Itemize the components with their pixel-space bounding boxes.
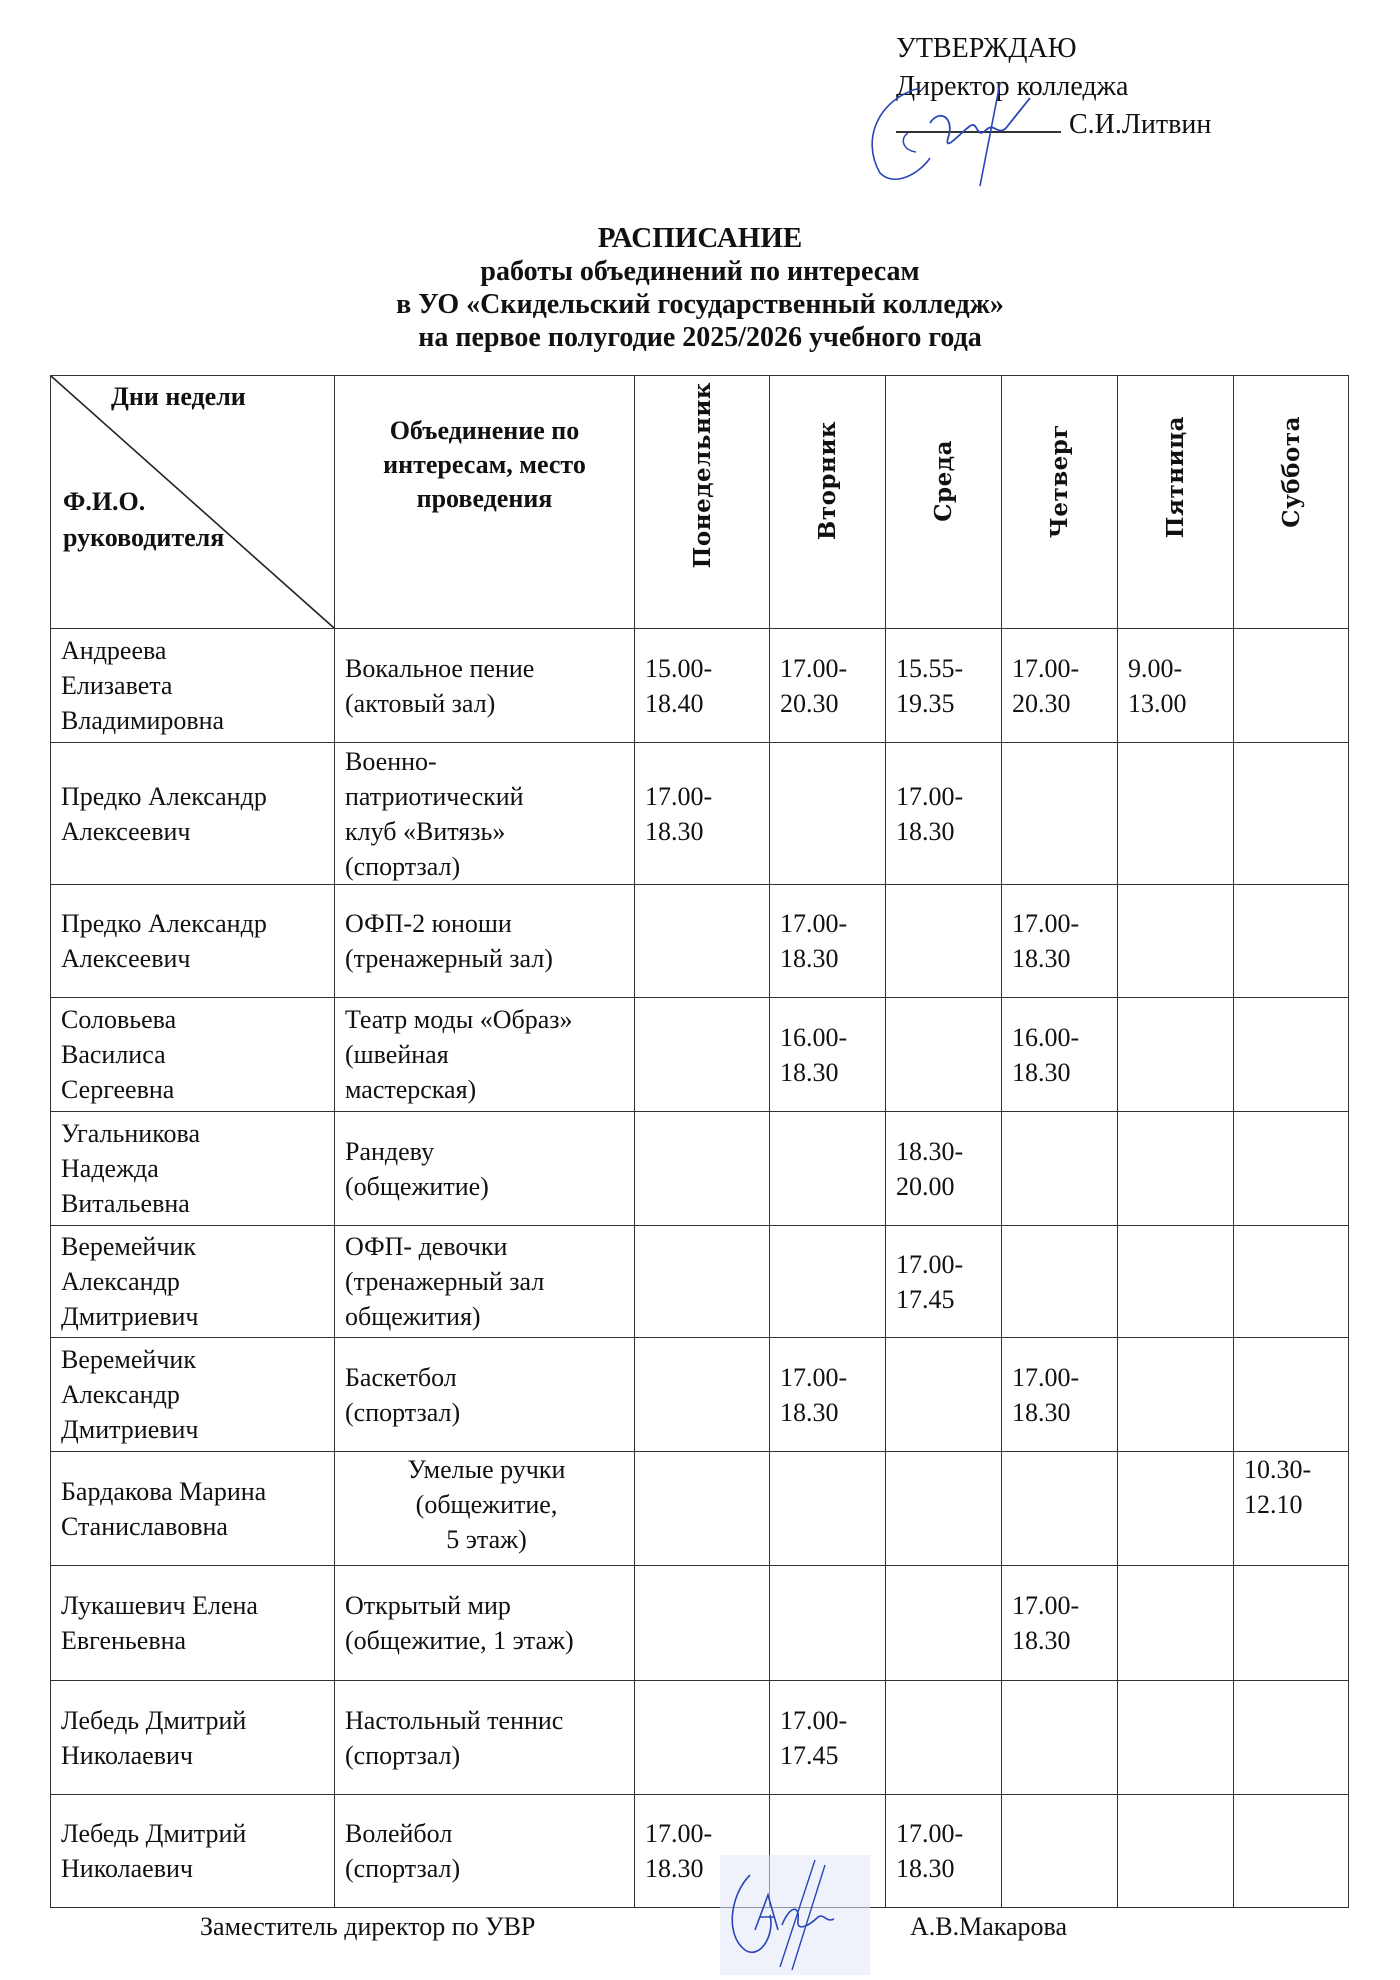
time-line: 18.30 [896,1854,955,1883]
leader-name-line: Лебедь Дмитрий [61,1706,246,1735]
time-line: 9.00- [1128,654,1182,683]
association-cell: Рандеву(общежитие) [335,1112,635,1226]
time-cell-friday [1118,1681,1234,1795]
time-line: 17.00- [1012,654,1079,683]
time-line: 18.30 [645,1854,704,1883]
association-header-line-2: интересам, место [383,450,586,479]
time-line: 20.30 [780,689,839,718]
time-line: 12.10 [1244,1490,1303,1519]
approval-name: С.И.Литвин [1069,109,1211,140]
association-cell: Открытый мир(общежитие, 1 этаж) [335,1566,635,1681]
association-cell: Баскетбол(спортзал) [335,1338,635,1452]
time-line: 17.00- [1012,1363,1079,1392]
day-header-monday: Понедельник [635,376,770,629]
time-cell-tuesday [770,1452,886,1566]
leader-name-cell: ВеремейчикАлександрДмитриевич [51,1338,335,1452]
time-cell-friday [1118,1566,1234,1681]
signature-line [896,107,1061,133]
time-cell-thursday [1002,743,1118,885]
time-cell-monday [635,1112,770,1226]
time-line: 18.30 [896,817,955,846]
time-cell-thursday: 17.00-18.30 [1002,1338,1118,1452]
association-header-line-3: проведения [417,484,553,513]
association-line: (спортзал) [345,1741,460,1770]
time-cell-thursday: 17.00-18.30 [1002,1566,1118,1681]
time-line: 18.30 [645,817,704,846]
association-line: Театр моды «Образ» [345,1005,573,1034]
association-line: общежития) [345,1302,481,1331]
association-line: (актовый зал) [345,689,495,718]
time-cell-wednesday: 17.00-18.30 [886,1795,1002,1908]
association-line: (общежитие, 1 этаж) [345,1626,574,1655]
time-line: 17.00- [896,1819,963,1848]
time-line: 18.30 [780,1058,839,1087]
association-cell: Настольный теннис(спортзал) [335,1681,635,1795]
association-header: Объединение по интересам, место проведен… [335,376,635,629]
association-line: (тренажерный зал [345,1267,544,1296]
time-line: 17.00- [645,782,712,811]
leader-name-line: Алексеевич [61,817,190,846]
leader-name-line: Надежда [61,1154,159,1183]
time-line: 17.00- [896,782,963,811]
leader-name-line: Соловьева [61,1005,176,1034]
time-cell-saturday [1234,1566,1349,1681]
day-header-saturday: Суббота [1234,376,1349,629]
leader-name-cell: Бардакова МаринаСтаниславовна [51,1452,335,1566]
time-cell-wednesday [886,1338,1002,1452]
table-row: Бардакова МаринаСтаниславовнаУмелые ручк… [51,1452,1349,1566]
time-cell-friday [1118,1112,1234,1226]
footer-position: Заместитель директор по УВР [200,1912,535,1942]
time-cell-friday [1118,1795,1234,1908]
time-cell-wednesday [886,1452,1002,1566]
leader-name-line: Александр [61,1380,180,1409]
time-cell-monday [635,1226,770,1338]
association-line: Настольный теннис [345,1706,563,1735]
time-line: 15.55- [896,654,963,683]
association-line: мастерская) [345,1075,476,1104]
time-cell-wednesday [886,885,1002,998]
time-cell-thursday: 17.00-18.30 [1002,885,1118,998]
leader-label-line-2: руководителя [63,523,224,552]
association-cell: Вокальное пение(актовый зал) [335,629,635,743]
leader-name-line: Николаевич [61,1854,193,1883]
association-line: Военно- [345,747,437,776]
time-cell-wednesday: 17.00-17.45 [886,1226,1002,1338]
leader-name-line: Витальевна [61,1189,190,1218]
time-cell-monday [635,1681,770,1795]
table-row: ВеремейчикАлександрДмитриевичБаскетбол(с… [51,1338,1349,1452]
leader-name-cell: Лебедь ДмитрийНиколаевич [51,1795,335,1908]
document-title: РАСПИСАНИЕ работы объединений по интерес… [0,222,1400,354]
association-line: (общежитие, [416,1490,558,1519]
day-label: Вторник [814,421,841,540]
association-cell: Волейбол(спортзал) [335,1795,635,1908]
association-line: (спортзал) [345,1854,460,1883]
leader-name-cell: УгальниковаНадеждаВитальевна [51,1112,335,1226]
time-cell-monday [635,1452,770,1566]
table-row: АндрееваЕлизаветаВладимировнаВокальное п… [51,629,1349,743]
association-line: (общежитие) [345,1172,489,1201]
day-header-tuesday: Вторник [770,376,886,629]
leader-name-line: Веремейчик [61,1232,196,1261]
time-cell-thursday: 17.00-20.30 [1002,629,1118,743]
time-line: 13.00 [1128,689,1187,718]
schedule-body: АндрееваЕлизаветаВладимировнаВокальное п… [51,629,1349,1908]
time-cell-monday [635,1338,770,1452]
time-cell-thursday: 16.00-18.30 [1002,998,1118,1112]
day-header-thursday: Четверг [1002,376,1118,629]
time-line: 17.00- [780,654,847,683]
leader-name-label: Ф.И.О. руководителя [63,484,224,556]
table-row: Лебедь ДмитрийНиколаевичВолейбол(спортза… [51,1795,1349,1908]
leader-name-line: Дмитриевич [61,1302,199,1331]
association-cell: Театр моды «Образ»(швейнаямастерская) [335,998,635,1112]
table-row: Предко АлександрАлексеевичВоенно-патриот… [51,743,1349,885]
time-line: 18.30 [780,944,839,973]
day-header-friday: Пятница [1118,376,1234,629]
time-cell-tuesday: 16.00-18.30 [770,998,886,1112]
leader-name-line: Николаевич [61,1741,193,1770]
time-cell-thursday [1002,1795,1118,1908]
days-of-week-label: Дни недели [111,382,246,412]
time-line: 17.45 [896,1285,955,1314]
association-line: Рандеву [345,1137,434,1166]
association-line: Вокальное пение [345,654,534,683]
association-line: Умелые ручки [408,1455,566,1484]
corner-header-cell: Дни недели Ф.И.О. руководителя [51,376,335,629]
table-row: Предко АлександрАлексеевичОФП-2 юноши(тр… [51,885,1349,998]
time-cell-monday [635,1566,770,1681]
time-line: 16.00- [1012,1023,1079,1052]
time-cell-saturday: 10.30-12.10 [1234,1452,1349,1566]
time-cell-tuesday [770,743,886,885]
time-line: 17.00- [780,909,847,938]
title-line-3: в УО «Скидельский государственный коллед… [0,288,1400,321]
deputy-signature-icon [720,1855,870,1975]
leader-name-line: Веремейчик [61,1345,196,1374]
time-line: 18.30 [780,1398,839,1427]
leader-name-line: Предко Александр [61,909,267,938]
time-cell-friday [1118,743,1234,885]
time-cell-tuesday: 17.00-17.45 [770,1681,886,1795]
title-line-4: на первое полугодие 2025/2026 учебного г… [0,321,1400,354]
association-line: (швейная [345,1040,449,1069]
time-cell-saturday [1234,1795,1349,1908]
time-cell-tuesday: 17.00-18.30 [770,885,886,998]
leader-name-cell: Лукашевич ЕленаЕвгеньевна [51,1566,335,1681]
time-cell-wednesday [886,998,1002,1112]
association-cell: Умелые ручки(общежитие,5 этаж) [335,1452,635,1566]
table-row: Лебедь ДмитрийНиколаевичНастольный тенни… [51,1681,1349,1795]
leader-name-line: Александр [61,1267,180,1296]
association-line: Волейбол [345,1819,452,1848]
leader-name-cell: ВеремейчикАлександрДмитриевич [51,1226,335,1338]
footer-name: А.В.Макарова [910,1912,1067,1942]
time-cell-monday: 17.00-18.30 [635,743,770,885]
time-cell-tuesday [770,1226,886,1338]
time-line: 18.40 [645,689,704,718]
time-line: 16.00- [780,1023,847,1052]
time-cell-wednesday [886,1566,1002,1681]
time-line: 18.30 [1012,1398,1071,1427]
time-cell-tuesday [770,1112,886,1226]
time-line: 20.30 [1012,689,1071,718]
time-cell-thursday [1002,1226,1118,1338]
leader-name-line: Бардакова Марина [61,1477,266,1506]
time-cell-friday [1118,1452,1234,1566]
time-cell-wednesday: 15.55-19.35 [886,629,1002,743]
time-cell-monday [635,885,770,998]
leader-name-line: Сергеевна [61,1075,174,1104]
time-cell-monday [635,998,770,1112]
time-cell-tuesday: 17.00-18.30 [770,1338,886,1452]
time-cell-saturday [1234,998,1349,1112]
time-cell-saturday [1234,1112,1349,1226]
leader-name-cell: СоловьеваВасилисаСергеевна [51,998,335,1112]
approval-position: Директор колледжа [896,68,1211,106]
leader-name-cell: Лебедь ДмитрийНиколаевич [51,1681,335,1795]
leader-name-line: Василиса [61,1040,166,1069]
schedule-table: Дни недели Ф.И.О. руководителя Объединен… [50,375,1349,1908]
leader-name-line: Предко Александр [61,782,267,811]
title-line-1: РАСПИСАНИЕ [0,222,1400,255]
day-header-wednesday: Среда [886,376,1002,629]
time-cell-friday [1118,1338,1234,1452]
time-cell-saturday [1234,1338,1349,1452]
leader-name-line: Станиславовна [61,1512,228,1541]
day-label: Суббота [1278,416,1305,528]
title-line-2: работы объединений по интересам [0,255,1400,288]
time-cell-friday [1118,1226,1234,1338]
leader-name-cell: АндрееваЕлизаветаВладимировна [51,629,335,743]
leader-name-line: Елизавета [61,671,172,700]
association-line: ОФП- девочки [345,1232,507,1261]
leader-name-line: Евгеньевна [61,1626,186,1655]
time-line: 19.35 [896,689,955,718]
association-line: (спортзал) [345,852,460,881]
time-cell-tuesday [770,1566,886,1681]
time-line: 18.30 [1012,1626,1071,1655]
time-cell-wednesday: 17.00-18.30 [886,743,1002,885]
time-line: 17.00- [780,1706,847,1735]
leader-name-line: Угальникова [61,1119,200,1148]
time-line: 18.30 [1012,1058,1071,1087]
association-line: Открытый мир [345,1591,511,1620]
time-cell-saturday [1234,1226,1349,1338]
time-cell-tuesday: 17.00-20.30 [770,629,886,743]
leader-name-cell: Предко АлександрАлексеевич [51,885,335,998]
time-line: 17.00- [780,1363,847,1392]
time-line: 15.00- [645,654,712,683]
table-row: УгальниковаНадеждаВитальевнаРандеву(обще… [51,1112,1349,1226]
leader-name-cell: Предко АлександрАлексеевич [51,743,335,885]
leader-name-line: Лукашевич Елена [61,1591,258,1620]
leader-name-line: Владимировна [61,706,224,735]
association-line: ОФП-2 юноши [345,909,512,938]
day-label: Понедельник [689,382,716,568]
time-cell-thursday [1002,1112,1118,1226]
time-line: 10.30- [1244,1455,1311,1484]
time-cell-thursday [1002,1681,1118,1795]
table-row: ВеремейчикАлександрДмитриевичОФП- девочк… [51,1226,1349,1338]
time-line: 18.30 [1012,944,1071,973]
time-cell-saturday [1234,885,1349,998]
day-label: Среда [930,440,957,522]
time-cell-friday [1118,885,1234,998]
header-row: Дни недели Ф.И.О. руководителя Объединен… [51,376,1349,629]
table-row: Лукашевич ЕленаЕвгеньевнаОткрытый мир(об… [51,1566,1349,1681]
leader-name-line: Дмитриевич [61,1415,199,1444]
time-line: 17.00- [1012,1591,1079,1620]
association-header-line-1: Объединение по [390,416,580,445]
time-cell-saturday [1234,1681,1349,1795]
time-line: 18.30- [896,1137,963,1166]
association-line: клуб «Витязь» [345,817,505,846]
time-line: 17.45 [780,1741,839,1770]
time-cell-saturday [1234,743,1349,885]
approval-block: УТВЕРЖДАЮ Директор колледжа С.И.Литвин [896,30,1211,144]
association-cell: Военно-патриотическийклуб «Витязь»(спорт… [335,743,635,885]
time-cell-saturday [1234,629,1349,743]
time-cell-friday: 9.00-13.00 [1118,629,1234,743]
time-line: 17.00- [1012,909,1079,938]
day-label: Четверг [1046,424,1073,538]
time-line: 20.00 [896,1172,955,1201]
leader-name-line: Андреева [61,636,166,665]
leader-name-line: Алексеевич [61,944,190,973]
approval-heading: УТВЕРЖДАЮ [896,30,1211,68]
time-cell-friday [1118,998,1234,1112]
association-cell: ОФП-2 юноши(тренажерный зал) [335,885,635,998]
association-line: 5 этаж) [446,1525,527,1554]
time-cell-wednesday: 18.30-20.00 [886,1112,1002,1226]
time-line: 17.00- [896,1250,963,1279]
leader-label-line-1: Ф.И.О. [63,487,145,516]
time-line: 17.00- [645,1819,712,1848]
time-cell-wednesday [886,1681,1002,1795]
table-row: СоловьеваВасилисаСергеевнаТеатр моды «Об… [51,998,1349,1112]
association-line: патриотический [345,782,524,811]
time-cell-thursday [1002,1452,1118,1566]
association-line: (спортзал) [345,1398,460,1427]
association-line: Баскетбол [345,1363,457,1392]
day-label: Пятница [1162,416,1189,538]
association-line: (тренажерный зал) [345,944,553,973]
association-cell: ОФП- девочки(тренажерный залобщежития) [335,1226,635,1338]
leader-name-line: Лебедь Дмитрий [61,1819,246,1848]
approval-signature-row: С.И.Литвин [896,106,1211,144]
time-cell-monday: 15.00-18.40 [635,629,770,743]
